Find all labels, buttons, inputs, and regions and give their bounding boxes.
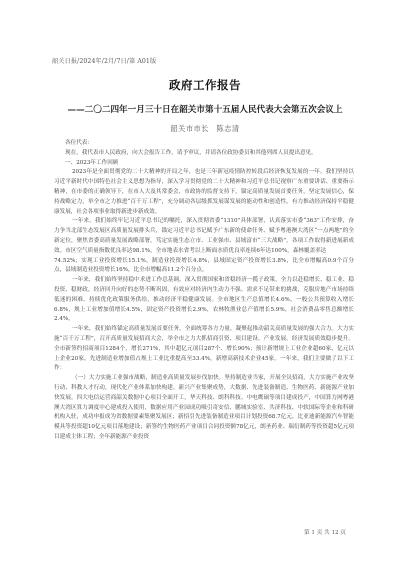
author-line: 韶关市市长 陈志清 — [0, 124, 410, 134]
page-title: 政府工作报告 — [0, 77, 410, 93]
source-line: 韶关日报/2024年/2月/7日/第 A01版 — [52, 56, 156, 65]
page-number: 第 1 页 共 12 页 — [304, 528, 346, 536]
paragraph: 一年来，我们始终坚持稳中求进工作总基调，深入贯彻国家和省稳经济一揽子政策，全力以… — [54, 276, 354, 325]
paragraph-intro: 现在，我代表市人民政府，向大会报告工作，请予审议，并请各位政协委员和其他列席人员… — [54, 149, 354, 159]
document-page: 韶关日报/2024年/2月/7日/第 A01版 政府工作报告 ——二〇二四年一月… — [0, 0, 410, 580]
section-heading: 一、2023年工作回顾 — [54, 159, 354, 169]
paragraph: 一年来，我们始终锚定高质量发展首要任务，全面统筹各方力量，凝聚起推动韶关高质量发… — [54, 325, 354, 374]
paragraph-salutation: 各位代表： — [54, 139, 354, 149]
paragraph: 2023年是全面贯彻党的二十大精神的开局之年，也是三年新冠疫情防控转段后经济恢复… — [54, 168, 354, 217]
report-body: 各位代表： 现在，我代表市人民政府，向大会报告工作，请予审议，并请各位政协委员和… — [54, 139, 354, 443]
paragraph: 一年来，我们始终牢记习近平总书记的嘱托，深入贯彻省委“1310”具体部署，认真落… — [54, 217, 354, 256]
paragraph: （一）大力实施工业强市战略，制造业高质量发展步伐加快。坚持制造业当家，开展全员招… — [54, 374, 354, 443]
page-subtitle: ——二〇二四年一月三十日在韶关市第十五届人民代表大会第五次会议上 — [0, 103, 410, 115]
paragraph: 74.52%；实现工业投资增长15.1%，制造业投资增长4.8%，县域固定资产投… — [54, 257, 354, 277]
